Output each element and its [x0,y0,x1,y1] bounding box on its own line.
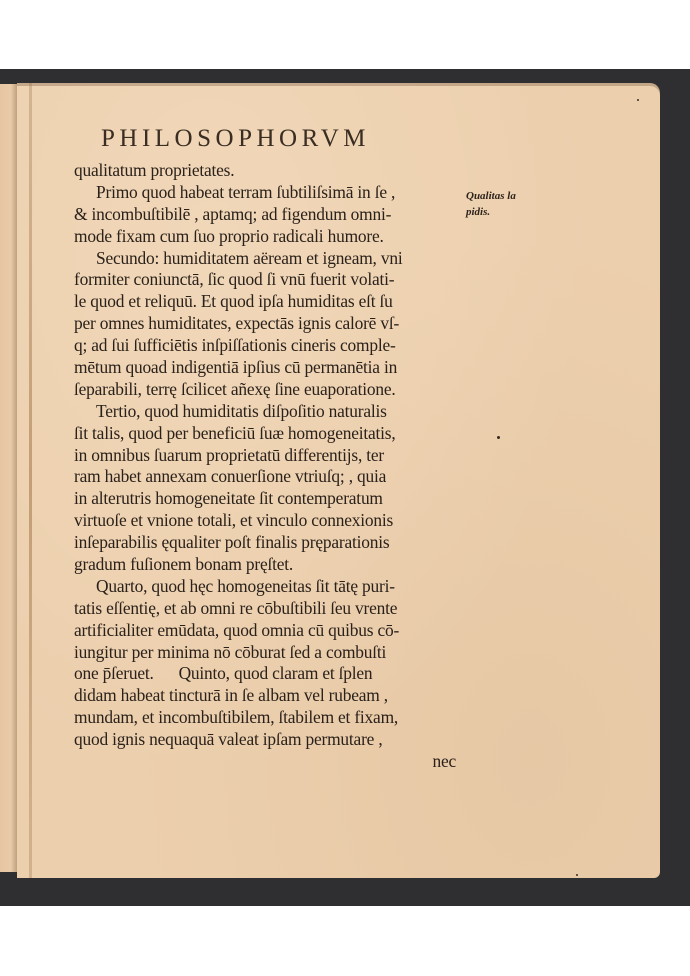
running-header: PHILOSOPHORVM [101,125,370,153]
text-line: mode fixam cum ſuo proprio radicali humo… [74,226,474,248]
text-line: gradum fuſionem bonam pręſtet. [74,554,474,576]
text-line: & incombuſtibilē , aptamq; ad figendum o… [74,204,474,226]
text-line: iungitur per minima nō cōburat ſed a com… [74,642,474,664]
text-line: qualitatum proprietates. [74,160,474,182]
body-text: qualitatum proprietates. Primo quod habe… [74,160,474,773]
text-line: one p̄ſeruet. Quinto, quod claram et ſpl… [74,663,474,685]
text-line: Secundo: humiditatem aëream et igneam, v… [74,248,474,270]
text-line: tatis eſſentię, et ab omni re cōbuſtibil… [74,598,474,620]
paper-speck [497,436,500,439]
text-line: in omnibus ſuarum proprietatū differenti… [74,445,474,467]
text-line: q; ad ſui ſufficiētis inſpiſſationis cin… [74,335,474,357]
text-line: ſeparabili, terrę ſcilicet añexę ſine eu… [74,379,474,401]
text-line: quod ignis nequaquā valeat ipſam permuta… [74,729,474,751]
paper-speck [576,874,578,876]
paper-speck [637,99,639,101]
text-line: Primo quod habeat terram ſubtiliſsimā in… [74,182,474,204]
text-line: mētum quoad indigentiā ipſius cū permanē… [74,357,474,379]
text-line: Quarto, quod hęc homogeneitas ſit tātę p… [74,576,474,598]
facing-page-edge [0,84,18,872]
text-line: formiter coniunctā, ſic quod ſi vnū fuer… [74,269,474,291]
catchword: nec [74,751,474,773]
text-line: ram habet annexam conuerſione vtriuſq; ,… [74,466,474,488]
text-line: mundam, et incombuſtibilem, ſtabilem et … [74,707,474,729]
text-line: inſeparabilis ęqualiter poſt finalis prę… [74,532,474,554]
text-line: didam habeat tincturā in ſe albam vel ru… [74,685,474,707]
marginal-note: Qualitas la pidis. [466,188,516,220]
text-line: le quod et reliquū. Et quod ipſa humidit… [74,291,474,313]
text-line: in alterutris homogeneitate ſit contempe… [74,488,474,510]
marginal-note-line: pidis. [466,204,516,220]
text-line: artificialiter emūdata, quod omnia cū qu… [74,620,474,642]
text-line: virtuoſe et vnione totali, et vinculo co… [74,510,474,532]
marginal-note-line: Qualitas la [466,188,516,204]
text-line: ſit talis, quod per beneficiū ſuæ homoge… [74,423,474,445]
page-gutter [29,83,32,878]
text-line: Tertio, quod humiditatis diſpoſitio natu… [74,401,474,423]
text-line: per omnes humiditates, expectās ignis ca… [74,313,474,335]
